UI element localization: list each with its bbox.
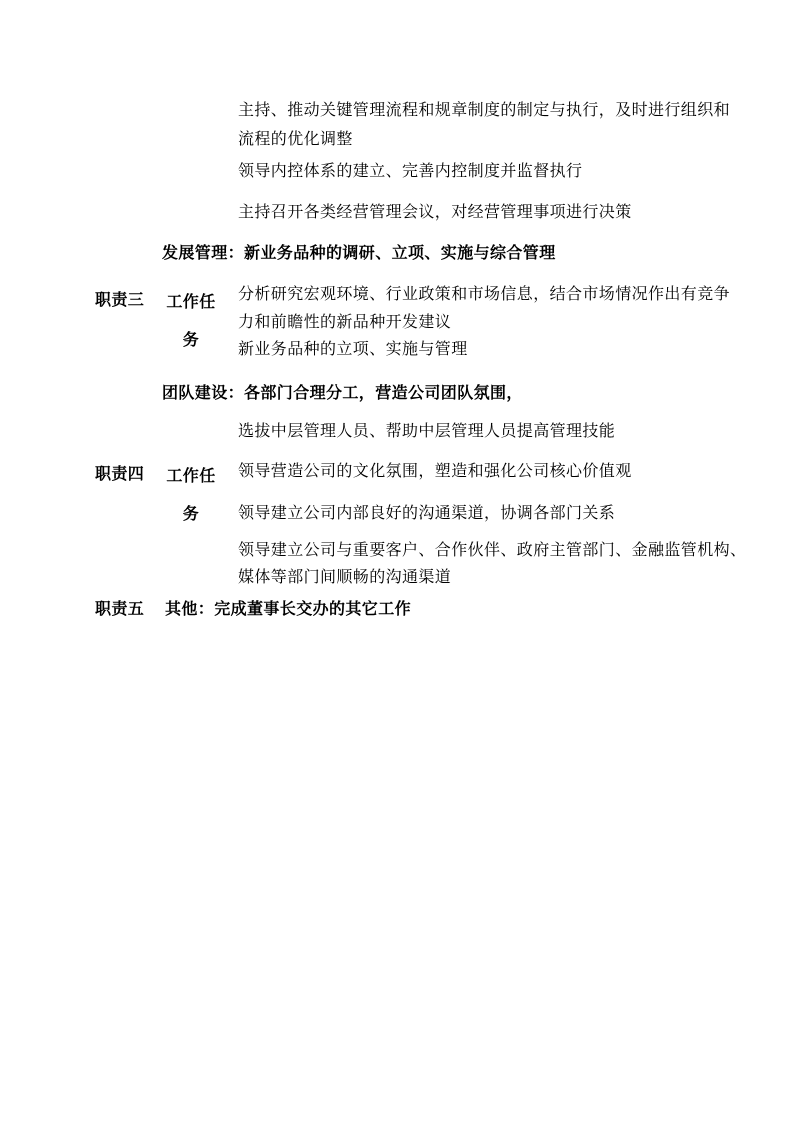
document-page: 主持、推动关键管理流程和规章制度的制定与执行，及时进行组织和 流程的优化调整 领…	[0, 0, 793, 1122]
task-text: 力和前瞻性的新品种开发建议	[238, 309, 451, 337]
task-text: 领导建立公司与重要客户、合作伙伴、政府主管部门、金融监管机构、	[238, 537, 746, 565]
task-text: 主持召开各类经营管理会议，对经营管理事项进行决策	[238, 199, 632, 227]
task-column-label: 工作任务	[163, 458, 219, 534]
task-text: 分析研究宏观环境、行业政策和市场信息，结合市场情况作出有竞争	[238, 281, 730, 309]
task-text: 领导营造公司的文化氛围，塑造和强化公司核心价值观	[238, 458, 632, 486]
task-text: 主持、推动关键管理流程和规章制度的制定与执行，及时进行组织和	[238, 97, 730, 125]
task-column-label: 工作任务	[163, 284, 219, 360]
duty-other-text: 其他：完成董事长交办的其它工作	[165, 596, 411, 624]
task-text: 选拔中层管理人员、帮助中层管理人员提高管理技能	[238, 418, 615, 446]
category-header-development-management: 发展管理：新业务品种的调研、立项、实施与综合管理	[162, 240, 556, 268]
task-text: 流程的优化调整	[238, 126, 353, 154]
duty-row-label-five: 职责五	[95, 596, 144, 624]
task-text: 领导内控体系的建立、完善内控制度并监督执行	[238, 158, 582, 186]
duty-row-label-three: 职责三	[95, 287, 144, 315]
duty-row-label-four: 职责四	[95, 461, 144, 489]
task-text: 领导建立公司内部良好的沟通渠道，协调各部门关系	[238, 500, 615, 528]
task-text: 新业务品种的立项、实施与管理	[238, 336, 468, 364]
task-text: 媒体等部门间顺畅的沟通渠道	[238, 564, 451, 592]
category-header-team-building: 团队建设：各部门合理分工，营造公司团队氛围，	[162, 380, 523, 408]
